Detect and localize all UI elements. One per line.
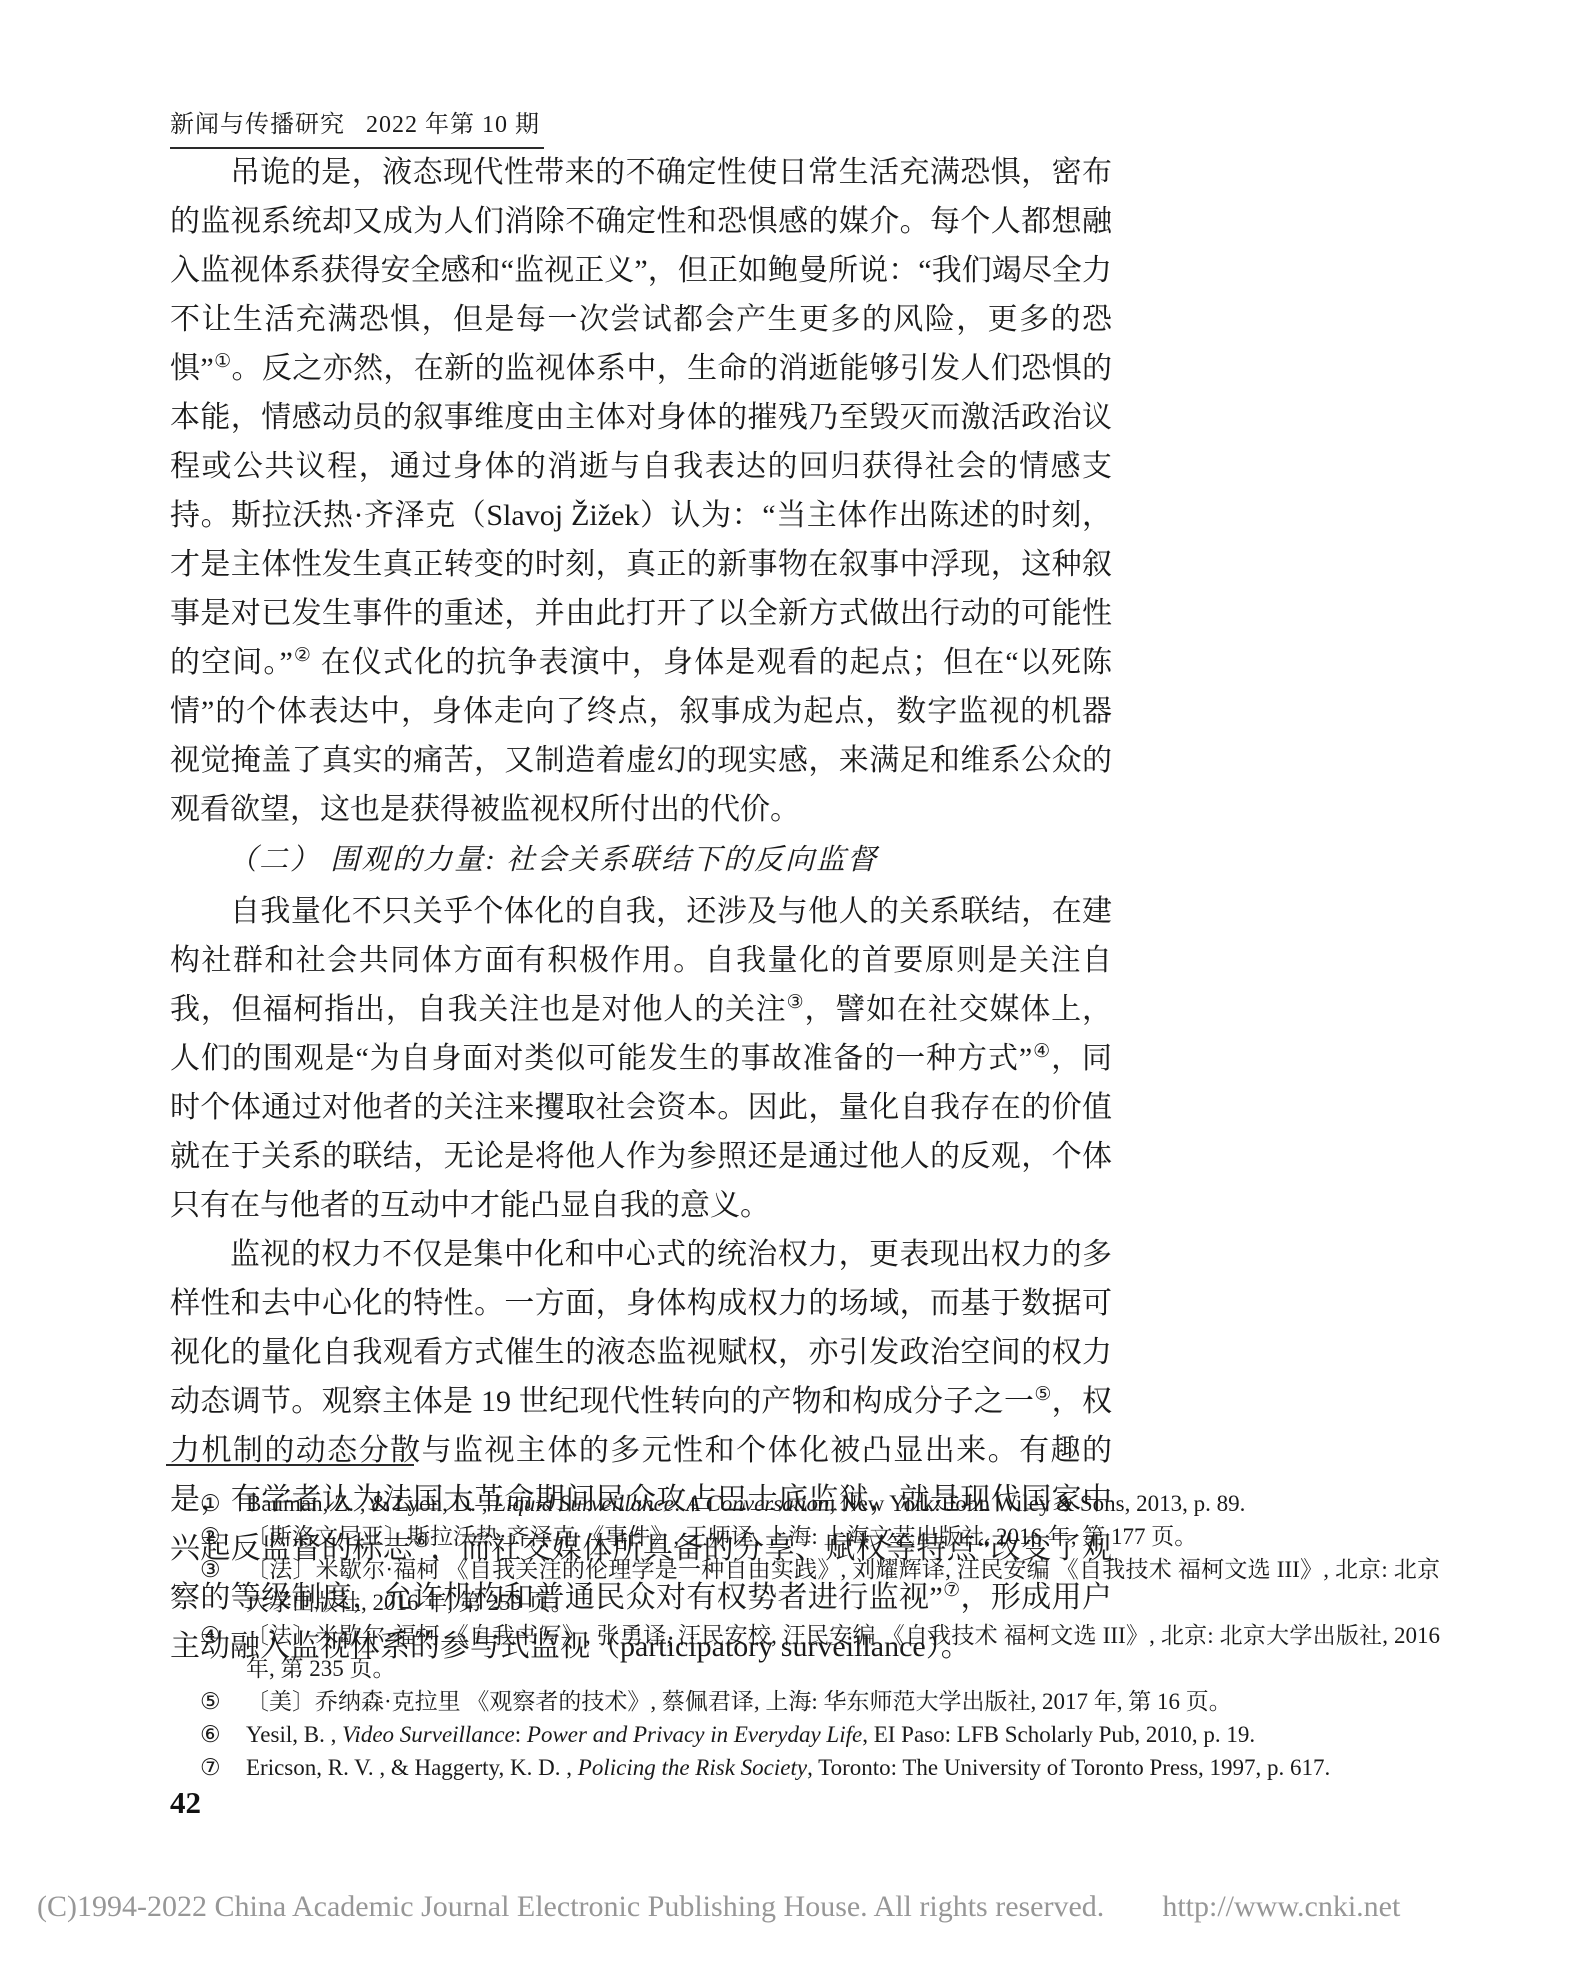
footnote-text: 〔法〕米歇尔·福柯 《自我关注的伦理学是一种自由实践》, 刘耀辉译, 汪民安编 … (246, 1553, 1440, 1619)
text-segment: Ericson, R. V. , & Haggerty, K. D. , (246, 1755, 578, 1780)
journal-header: 新闻与传播研究 2022 年第 10 期 (170, 104, 544, 149)
footnote-item: ⑤〔美〕乔纳森·克拉里 《观察者的技术》, 蔡佩君译, 上海: 华东师范大学出版… (200, 1685, 1440, 1718)
footnote-divider (166, 1464, 414, 1466)
text-segment: , EI Paso: LFB Scholarly Pub, 2010, p. 1… (862, 1722, 1255, 1747)
cnki-footer: (C)1994-2022 China Academic Journal Elec… (37, 1890, 1497, 1924)
footnote-ref: ④ (1032, 1041, 1051, 1062)
footnote-item: ⑦Ericson, R. V. , & Haggerty, K. D. , Po… (200, 1751, 1440, 1784)
footnote-text: Ericson, R. V. , & Haggerty, K. D. , Pol… (246, 1751, 1440, 1784)
footnote-text: 〔法〕米歇尔·福柯 《自我书写》, 张勇译, 汪民安校, 汪民安编 《自我技术 … (246, 1619, 1440, 1685)
footnote-text: 〔斯洛文尼亚〕斯拉沃热·齐泽克 《事件》, 王师译, 上海: 上海文艺出版社, … (246, 1520, 1440, 1553)
book-title: Power and Privacy in Everyday Life (527, 1722, 862, 1747)
footnote-number: ② (200, 1520, 246, 1553)
text-segment: 〔法〕米歇尔·福柯 《自我书写》, 张勇译, 汪民安校, 汪民安编 《自我技术 … (246, 1623, 1440, 1681)
book-title: Liquid Surveillance (493, 1491, 674, 1516)
footnote-item: ②〔斯洛文尼亚〕斯拉沃热·齐泽克 《事件》, 王师译, 上海: 上海文艺出版社,… (200, 1520, 1440, 1553)
page-number: 42 (170, 1785, 201, 1821)
footnote-item: ⑥Yesil, B. , Video Surveillance: Power a… (200, 1718, 1440, 1751)
text-segment: 。反之亦然，在新的监视体系中，生命的消逝能够引发人们恐惧的本能，情感动员的叙事维… (170, 352, 1112, 679)
text-segment: , Toronto: The University of Toronto Pre… (807, 1755, 1330, 1780)
text-segment: : (515, 1722, 527, 1747)
body-paragraph: 吊诡的是，液态现代性带来的不确定性使日常生活充满恐惧，密布的监视系统却又成为人们… (170, 148, 1112, 834)
section-heading: （二） 围观的力量: 社会关系联结下的反向监督 (170, 836, 1112, 885)
cnki-url: http://www.cnki.net (1162, 1890, 1400, 1924)
footnote-item: ①Bauman, Z. , & Lyon, D. , Liquid Survei… (200, 1487, 1440, 1520)
text-segment: 吊诡的是，液态现代性带来的不确定性使日常生活充满恐惧，密布的监视系统却又成为人们… (170, 156, 1112, 385)
footnote-number: ⑦ (200, 1751, 246, 1784)
text-segment: , New York: John Wiley & Sons, 2013, p. … (829, 1491, 1245, 1516)
footnote-item: ④〔法〕米歇尔·福柯 《自我书写》, 张勇译, 汪民安校, 汪民安编 《自我技术… (200, 1619, 1440, 1685)
book-title: Video Surveillance (342, 1722, 515, 1747)
footnote-item: ③〔法〕米歇尔·福柯 《自我关注的伦理学是一种自由实践》, 刘耀辉译, 汪民安编… (200, 1553, 1440, 1619)
text-segment: : (674, 1491, 686, 1516)
text-segment: 〔法〕米歇尔·福柯 《自我关注的伦理学是一种自由实践》, 刘耀辉译, 汪民安编 … (246, 1557, 1440, 1615)
footnote-text: Bauman, Z. , & Lyon, D. , Liquid Surveil… (246, 1487, 1440, 1520)
text-segment: Bauman, Z. , & Lyon, D. , (246, 1491, 493, 1516)
copyright-text: (C)1994-2022 China Academic Journal Elec… (37, 1890, 1104, 1924)
article-body: 吊诡的是，液态现代性带来的不确定性使日常生活充满恐惧，密布的监视系统却又成为人们… (170, 148, 1112, 1671)
book-title: Policing the Risk Society (578, 1755, 807, 1780)
footnote-ref: ③ (787, 992, 805, 1013)
footnote-number: ⑥ (200, 1718, 246, 1751)
footnote-text: Yesil, B. , Video Surveillance: Power an… (246, 1718, 1440, 1751)
footnote-number: ③ (200, 1553, 246, 1586)
footnote-text: 〔美〕乔纳森·克拉里 《观察者的技术》, 蔡佩君译, 上海: 华东师范大学出版社… (246, 1685, 1440, 1718)
text-segment: 〔斯洛文尼亚〕斯拉沃热·齐泽克 《事件》, 王师译, 上海: 上海文艺出版社, … (246, 1524, 1197, 1549)
footnote-ref: ① (214, 351, 232, 372)
text-segment: Yesil, B. , (246, 1722, 342, 1747)
body-paragraph: 自我量化不只关乎个体化的自我，还涉及与他人的关系联结，在建构社群和社会共同体方面… (170, 887, 1112, 1230)
footnote-number: ⑤ (200, 1685, 246, 1718)
footnote-ref: ⑤ (1034, 1384, 1051, 1405)
text-segment: 监视的权力不仅是集中化和中心式的统治权力，更表现出权力的多样性和去中心化的特性。… (170, 1238, 1112, 1418)
text-segment: 〔美〕乔纳森·克拉里 《观察者的技术》, 蔡佩君译, 上海: 华东师范大学出版社… (246, 1689, 1232, 1714)
footnote-number: ① (200, 1487, 246, 1520)
footnotes: ①Bauman, Z. , & Lyon, D. , Liquid Survei… (200, 1487, 1440, 1784)
footnote-ref: ② (293, 645, 312, 666)
journal-page: 新闻与传播研究 2022 年第 10 期 吊诡的是，液态现代性带来的不确定性使日… (0, 0, 1587, 1965)
footnote-number: ④ (200, 1619, 246, 1652)
text-segment: 在仪式化的抗争表演中，身体是观看的起点；但在“以死陈情”的个体表达中，身体走向了… (170, 646, 1112, 826)
book-title: A Conversation (686, 1491, 829, 1516)
